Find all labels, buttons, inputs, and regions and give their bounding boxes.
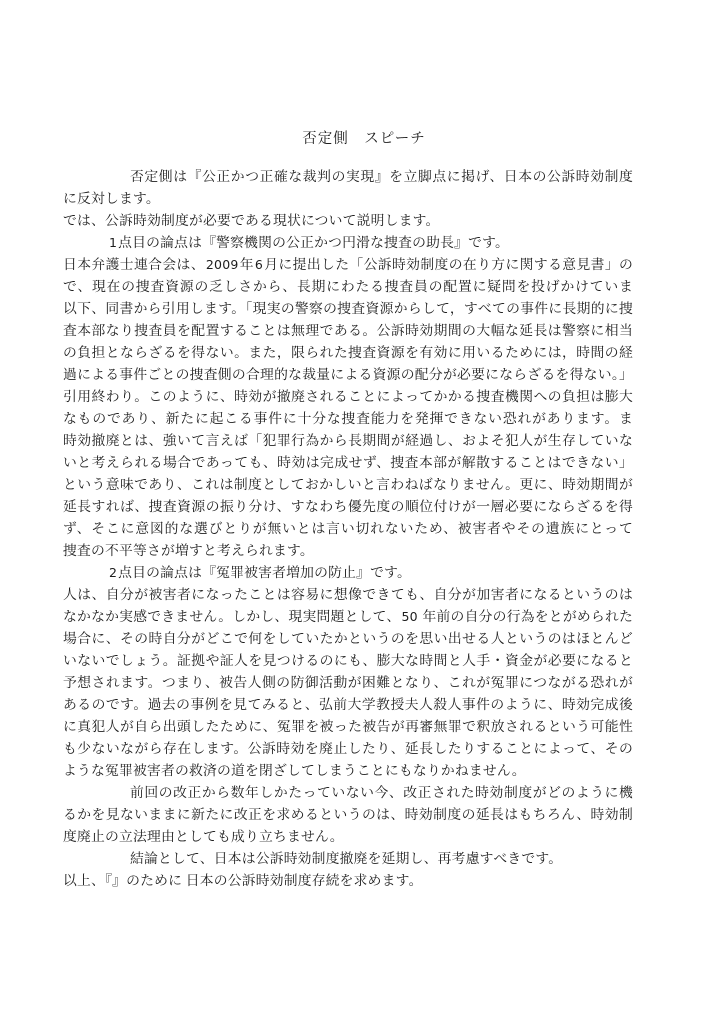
text-line: 時効撤廃とは、強いて言えば「犯罪行為から長期間が経過し、およそ犯人が生存していな xyxy=(63,430,633,452)
text-line: 否定側は『公正かつ正確な裁判の実現』を立脚点に掲げ、日本の公訴時効制度撤廃 xyxy=(63,166,633,188)
text-line: いと考えられる場合であっても、時効は完成せず、捜査本部が解散することはできない」 xyxy=(63,452,633,474)
text-line: で、現在の捜査資源の乏しさから、長期にわたる捜査員の配置に疑問を投げかけています… xyxy=(63,276,633,298)
text-line: 日本弁護士連合会は、2009年6月に提出した「公訴時効制度の在り方に関する意見書… xyxy=(63,254,633,276)
document-page: 否定側 スピーチ 否定側は『公正かつ正確な裁判の実現』を立脚点に掲げ、日本の公訴… xyxy=(0,0,728,1030)
document-body: 否定側は『公正かつ正確な裁判の実現』を立脚点に掲げ、日本の公訴時効制度撤廃に反対… xyxy=(63,166,633,892)
text-line: るかを見ないままに新たに改正を求めるというのは、時効制度の延長はもちろん、時効制 xyxy=(63,804,633,826)
numeric-text: 50 xyxy=(400,609,418,624)
text-line: 引用終わり。このように、時効が撤廃されることによってかかる捜査機関への負担は膨大 xyxy=(63,386,633,408)
text-line: いないでしょう。証拠や証人を見つけるのにも、膨大な時間と人手・資金が必要になると xyxy=(63,650,633,672)
text-line: という意味であり、これは制度としておかしいと言わねばなりません。更に、時効期間が xyxy=(63,474,633,496)
text-line: では、公訴時効制度が必要である現状について説明します。 xyxy=(63,210,633,232)
text-line: 捜査の不平等さが増すと考えられます。 xyxy=(63,540,633,562)
text-line: 過による事件ごとの捜査側の合理的な裁量による資源の配分が必要にならざるを得ない。… xyxy=(63,364,633,386)
text-line: も少ないながら存在します。公訴時効を廃止したり、延長したりすることによって、その xyxy=(63,738,633,760)
text-line: 場合に、その時自分がどこで何をしていたかというのを思い出せる人というのはほとんど xyxy=(63,628,633,650)
text-line: 査本部なり捜査員を配置することは無理である。公訴時効期間の大幅な延長は警察に相当 xyxy=(63,320,633,342)
text-line: の負担とならざるを得ない。また，限られた捜査資源を有効に用いるためには，時間の経 xyxy=(63,342,633,364)
numeric-text: 6 xyxy=(254,257,264,272)
text-line: ような冤罪被害者の救済の道を閉ざしてしまうことにもなりかねません。 xyxy=(63,760,633,782)
text-line: 2点目の論点は『冤罪被害者増加の防止』です。 xyxy=(63,562,633,584)
numeric-text: 1 xyxy=(108,235,118,250)
text-line: 度廃止の立法理由としても成り立ちません。 xyxy=(63,826,633,848)
text-line: に真犯人が自ら出頭したために、冤罪を被った被告が再審無罪で釈放されるという可能性 xyxy=(63,716,633,738)
text-line: 以上、『』のために 日本の公訴時効制度存続を求めます。 xyxy=(63,870,633,892)
text-line: 結論として、日本は公訴時効制度撤廃を延期し、再考慮すべきです。 xyxy=(63,848,633,870)
text-line: ず、そこに意図的な選びとりが無いとは言い切れないため、被害者やその遺族にとっては… xyxy=(63,518,633,540)
text-line: 前回の改正から数年しかたっていない今、改正された時効制度がどのように機能す xyxy=(63,782,633,804)
text-line: あるのです。過去の事例を見てみると、弘前大学教授夫人殺人事件のように、時効完成後 xyxy=(63,694,633,716)
text-line: なかなか実感できません。しかし、現実問題として、50 年前の自分の行為をとがめら… xyxy=(63,606,633,628)
numeric-text: 2 xyxy=(108,565,118,580)
numeric-text: 2009 xyxy=(205,257,240,272)
text-line: なものであり、新たに起こる事件に十分な捜査能力を発揮できない恐れがあります。また… xyxy=(63,408,633,430)
text-line: 延長すれば、捜査資源の振り分け、すなわち優先度の順位付けが一層必要にならざるを得 xyxy=(63,496,633,518)
text-line: 人は、自分が被害者になったことは容易に想像できても、自分が加害者になるというのは xyxy=(63,584,633,606)
document-title: 否定側 スピーチ xyxy=(0,128,728,150)
text-line: 予想されます。つまり、被告人側の防御活動が困難となり、これが冤罪につながる恐れが xyxy=(63,672,633,694)
text-line: に反対します。 xyxy=(63,188,633,210)
text-line: 1点目の論点は『警察機関の公正かつ円滑な捜査の助長』です。 xyxy=(63,232,633,254)
text-line: 以下、同書から引用します。「現実の警察の捜査資源からして，すべての事件に長期的に… xyxy=(63,298,633,320)
